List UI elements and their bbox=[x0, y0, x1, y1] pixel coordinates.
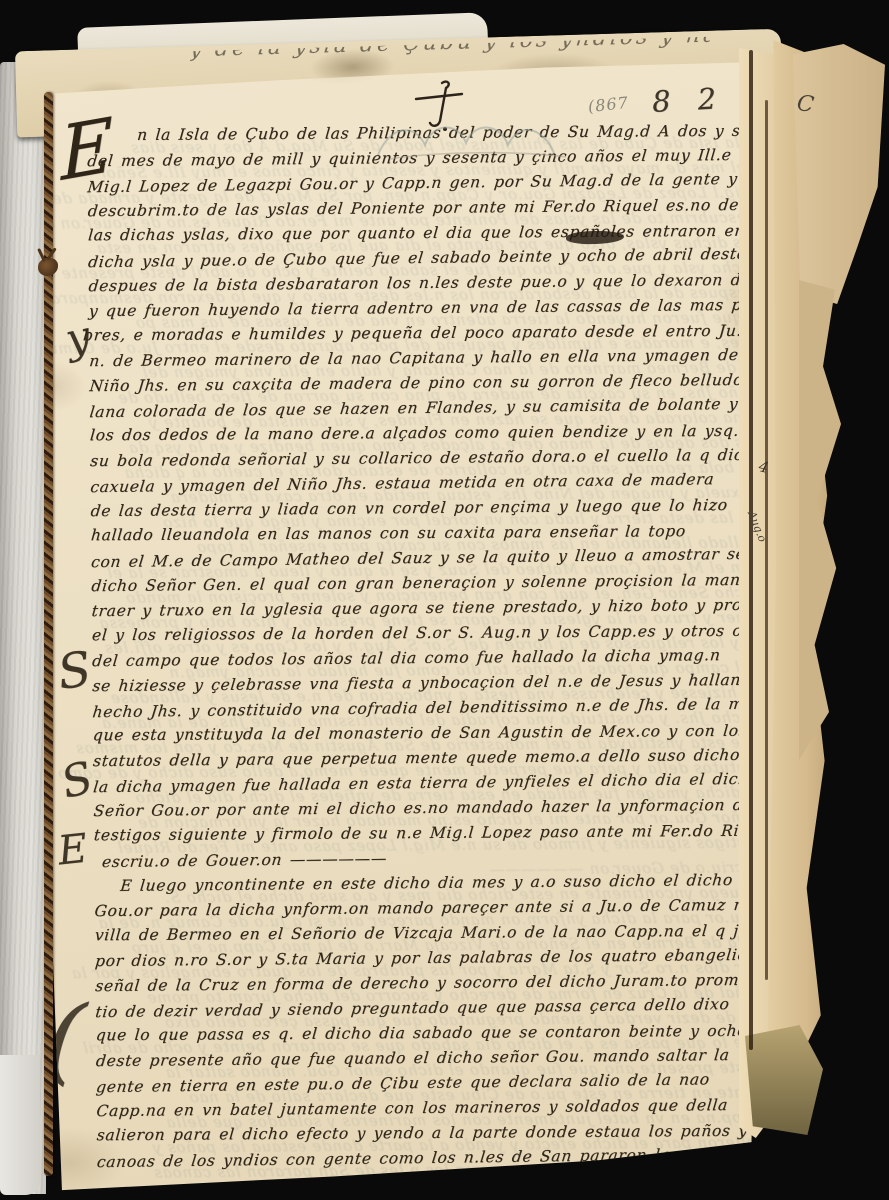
edge-margin-mark-curl: C bbox=[795, 91, 815, 118]
manuscript-text-block: n la Isla de Çubo de las Philipinas del … bbox=[87, 118, 757, 1174]
margin-flourish: E bbox=[56, 826, 90, 875]
pencil-folio-number: (867 bbox=[587, 93, 630, 116]
book-spine bbox=[0, 62, 46, 1194]
page-edge-strip bbox=[745, 1025, 823, 1135]
calligraphic-initial-e: E bbox=[59, 102, 115, 198]
pencil-crown-doodle bbox=[370, 115, 590, 165]
page-edge-strip bbox=[793, 44, 885, 304]
book-spine-bottom-curl bbox=[0, 1055, 40, 1195]
photo-black-backdrop: { "document": { "type": "bound manuscrip… bbox=[0, 0, 889, 1200]
page-stack-shadow-groove bbox=[749, 50, 753, 1050]
margin-flourish: S bbox=[54, 641, 94, 701]
page-stack-fore-edge: 4 Aug.o C bbox=[715, 40, 889, 1165]
page-edge-strip bbox=[799, 280, 859, 760]
margin-flourish: S bbox=[56, 752, 98, 809]
manuscript-page: n la Isla de Çubo de las Philipinas del … bbox=[40, 55, 772, 1197]
